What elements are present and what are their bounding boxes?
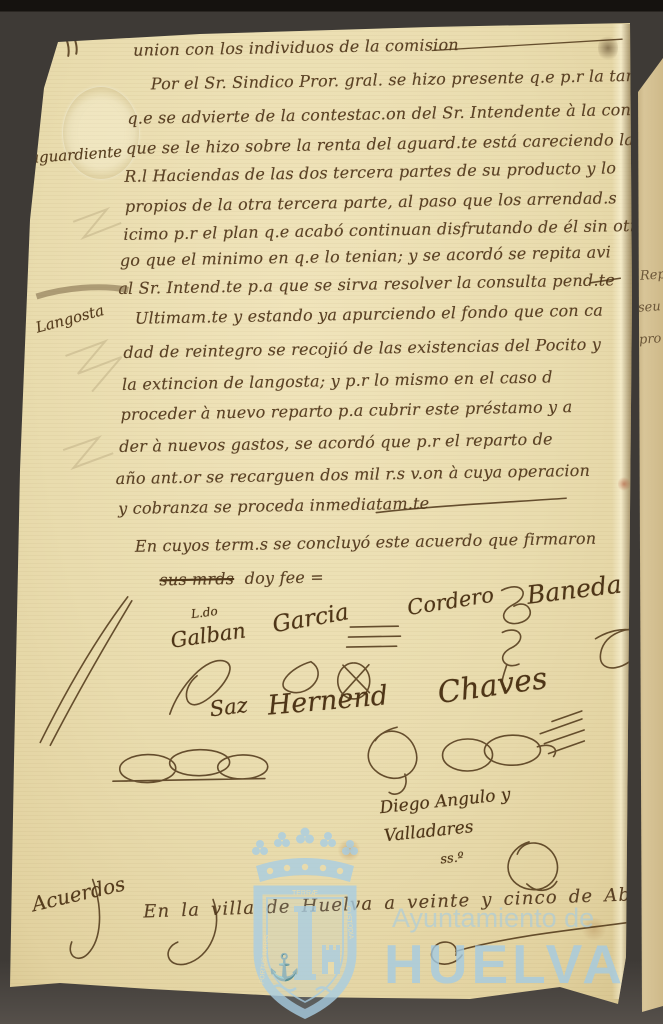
signature-rubric [112,748,268,783]
watermark-city-text: HUELVA [384,932,626,996]
adjacent-page-text-fragment: Rep [640,267,663,284]
tower-icon [322,945,340,974]
signature-rubric [337,663,370,700]
signature-rubric [346,626,400,647]
signature-rubric [442,734,556,771]
shield-motto-top: TERRÆ [292,890,318,897]
signature-rubric [508,841,558,890]
huelva-crest-watermark: TERRÆ PORTUS MARIS CUSTODIA ⚓ [246,822,364,1022]
anchor-icon: ⚓ [268,952,300,983]
bleed-through-mark [73,209,121,238]
shield-icon: TERRÆ PORTUS MARIS CUSTODIA ⚓ [258,890,355,1014]
signature-rubric [540,711,585,754]
signature-flourish [38,597,130,743]
ink-rule [590,278,620,283]
adjacent-page-text-fragment: pro [639,331,662,348]
crown-icon [252,828,358,883]
ink-rule [376,498,566,512]
signature-rubric [283,662,319,693]
adjacent-page-text-fragment: seu [638,299,662,316]
ink-smudge [62,28,77,56]
signature-rubric [169,660,231,714]
adjacent-page-edge: Rep seu pro [634,0,663,1024]
signature-rubric [501,587,532,689]
bleed-through-mark [63,437,114,468]
signature-flourish [48,601,134,745]
margin-flourish [69,879,100,958]
bleed-through-mark [65,341,122,392]
margin-flourish [167,899,217,964]
document-scan: { "manuscript": { "margin_notes": [ {"la… [0,0,663,1024]
watermark-org-text: Ayuntamiento de [392,903,594,934]
ink-smear [36,287,128,297]
signature-rubric [368,727,418,795]
ink-rule [432,39,622,50]
